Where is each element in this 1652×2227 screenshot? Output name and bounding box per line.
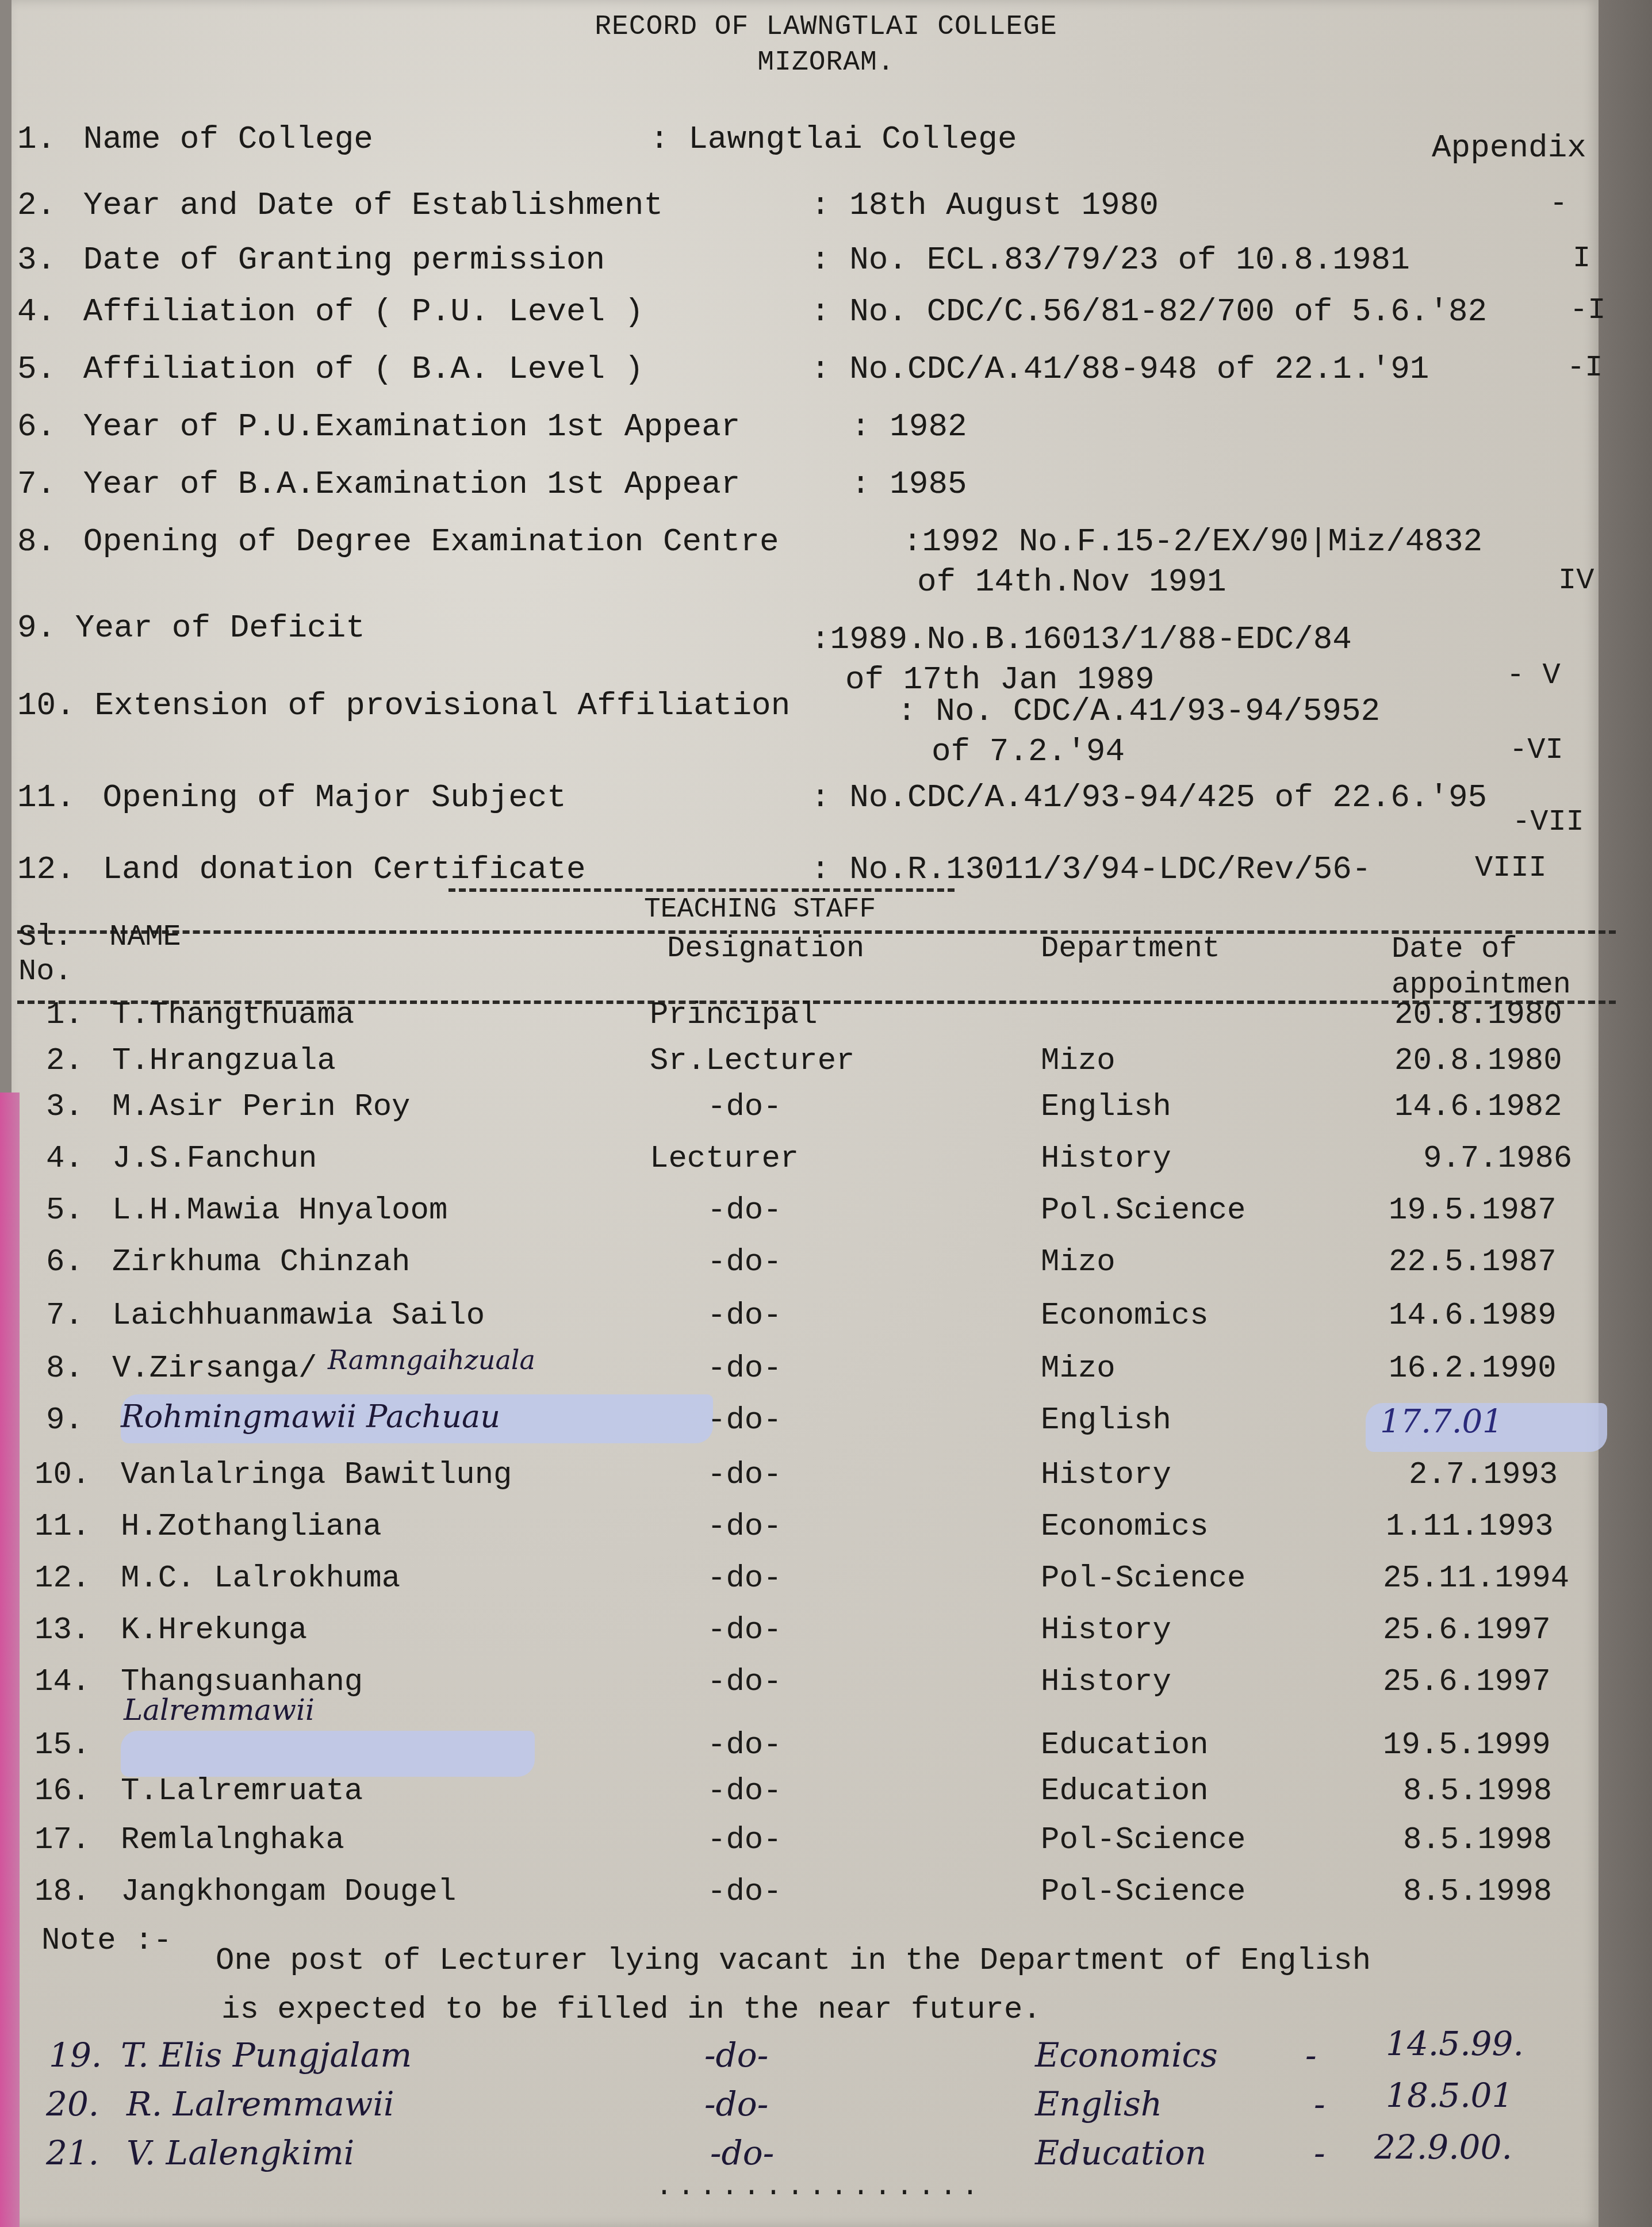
staff-name: V. Lalengkimi <box>127 2133 354 2172</box>
handwritten-row: 19. T. Elis Pungjalam -do- Economics - 1… <box>0 2036 1652 2082</box>
note-text: One post of Lecturer lying vacant in the… <box>216 1944 1371 1979</box>
record-number: 6. <box>17 408 56 445</box>
staff-name: Zirkhuma Chinzah <box>112 1245 410 1280</box>
staff-designation: -do- <box>707 1774 782 1809</box>
appendix-ref: IV <box>1558 564 1594 597</box>
appointment-date: 20.8.1980 <box>1394 1044 1562 1079</box>
record-value: : 1985 <box>851 466 967 503</box>
record-item: 8. Opening of Degree Examination Centre … <box>17 523 779 560</box>
record-value: : 18th August 1980 <box>811 187 1159 224</box>
table-row: 3. M.Asir Perin Roy -do- English 14.6.19… <box>0 1090 1652 1136</box>
staff-designation: -do- <box>707 1728 782 1763</box>
staff-department: Mizo <box>1041 1351 1116 1386</box>
staff-designation: -do- <box>707 1561 782 1596</box>
row-number: 9. <box>46 1403 83 1438</box>
table-row: 10. Vanlalringa Bawitlung -do- History 2… <box>0 1458 1652 1504</box>
record-label: Year of P.U.Examination 1st Appear <box>83 408 741 445</box>
record-label: Opening of Major Subject <box>102 779 566 816</box>
staff-designation: -do- <box>707 1403 782 1438</box>
staff-name: Jangkhongam Dougel <box>121 1875 456 1910</box>
staff-department: Education <box>1035 2133 1206 2172</box>
table-row: 1. T.Thangthuama Principal 20.8.1980 <box>0 998 1652 1044</box>
record-value-cont: of 14th.Nov 1991 <box>917 564 1226 600</box>
row-number: 6. <box>46 1245 83 1280</box>
record-value: : No.R.13011/3/94-LDC/Rev/56- <box>811 851 1371 888</box>
staff-department: English <box>1035 2084 1162 2123</box>
record-label: Land donation Certificate <box>102 851 585 888</box>
record-number: 4. <box>17 293 56 330</box>
note-text: is expected to be filled in the near fut… <box>221 1992 1041 2027</box>
appointment-date: 14.6.1982 <box>1394 1090 1562 1125</box>
staff-department: Pol.Science <box>1041 1193 1245 1228</box>
staff-designation: -do- <box>707 1090 782 1125</box>
table-row: 7. Laichhuanmawia Sailo -do- Economics 1… <box>0 1298 1652 1344</box>
row-number: 3. <box>46 1090 83 1125</box>
table-row: 6. Zirkhuma Chinzah -do- Mizo 22.5.1987 <box>0 1245 1652 1291</box>
appointment-date: 2.7.1993 <box>1409 1458 1558 1493</box>
row-number: 11. <box>35 1509 90 1544</box>
staff-department: English <box>1041 1403 1171 1438</box>
record-item: 7. Year of B.A.Examination 1st Appear : … <box>17 466 740 503</box>
row-number: 5. <box>46 1193 83 1228</box>
staff-designation: -do- <box>707 1665 782 1700</box>
record-label: Affiliation of ( B.A. Level ) <box>83 351 644 388</box>
column-header-sl-no: Sl. No. <box>18 920 87 989</box>
record-item: 12. Land donation Certificate : No.R.130… <box>17 851 586 888</box>
staff-designation: -do- <box>704 2084 768 2123</box>
record-item: 6. Year of P.U.Examination 1st Appear : … <box>17 408 740 445</box>
record-number: 2. <box>17 187 56 224</box>
record-label: Opening of Degree Examination Centre <box>83 523 779 560</box>
staff-department: Economics <box>1041 1509 1209 1544</box>
record-number: 1. <box>17 121 56 158</box>
staff-designation: -do- <box>707 1245 782 1280</box>
separator: - <box>1314 2084 1325 2123</box>
staff-name: Vanlalringa Bawitlung <box>121 1458 512 1493</box>
note-label: Note :- <box>41 1923 172 1958</box>
appointment-date: 25.6.1997 <box>1383 1665 1551 1700</box>
record-number: 11. <box>17 779 75 816</box>
record-number: 7. <box>17 466 56 503</box>
record-value: : No. CDC/C.56/81-82/700 of 5.6.'82 <box>811 293 1487 330</box>
appointment-date: 14.6.1989 <box>1389 1298 1557 1333</box>
record-label: Year and Date of Establishment <box>83 187 663 224</box>
separator: - <box>1314 2133 1325 2172</box>
staff-department: Pol-Science <box>1041 1875 1245 1910</box>
staff-name: K.Hrekunga <box>121 1613 307 1648</box>
document-title: RECORD OF LAWNGTLAI COLLEGE <box>0 12 1652 43</box>
staff-name-handwritten: Lalremmawii <box>124 1693 315 1727</box>
record-number: 9. <box>17 610 56 646</box>
separator: - <box>1305 2036 1317 2075</box>
staff-department: Pol-Science <box>1041 1561 1245 1596</box>
table-row: 2. T.Hrangzuala Sr.Lecturer Mizo 20.8.19… <box>0 1044 1652 1090</box>
record-value: : No. ECL.83/79/23 of 10.8.1981 <box>811 242 1410 278</box>
record-item: 10. Extension of provisional Affiliation… <box>17 687 790 724</box>
appointment-date-handwritten: 17.7.01 <box>1380 1403 1503 1440</box>
record-number: 10. <box>17 687 75 724</box>
record-label: Affiliation of ( P.U. Level ) <box>83 293 644 330</box>
document-subtitle: MIZORAM. <box>0 47 1652 78</box>
row-number: 14. <box>35 1665 90 1700</box>
divider <box>449 888 955 892</box>
staff-name: L.H.Mawia Hnyaloom <box>112 1193 447 1228</box>
record-label: Extension of provisional Affiliation <box>94 687 790 724</box>
appendix-header: Appendix <box>1432 129 1586 166</box>
appointment-date: 16.2.1990 <box>1389 1351 1557 1386</box>
staff-name: T.Thangthuama <box>112 998 354 1033</box>
staff-department: History <box>1041 1665 1171 1700</box>
record-value: :1989.No.B.16013/1/88-EDC/84 <box>811 621 1352 658</box>
column-header-department: Department <box>1041 932 1220 965</box>
record-value: : Lawngtlai College <box>650 121 1017 158</box>
row-number: 18. <box>35 1875 90 1910</box>
record-number: 8. <box>17 523 56 560</box>
staff-name-handwritten: Ramngaihzuala <box>328 1344 535 1375</box>
table-row: 9. Rohmingmawii Pachuau -do- English 17.… <box>0 1403 1652 1449</box>
appointment-date: 9.7.1986 <box>1423 1141 1572 1176</box>
handwritten-row: 20. R. Lalremmawii -do- English - 18.5.0… <box>0 2084 1652 2130</box>
staff-department: Mizo <box>1041 1044 1116 1079</box>
record-value: : 1982 <box>851 408 967 445</box>
staff-department: Education <box>1041 1728 1209 1763</box>
staff-designation: -do- <box>707 1458 782 1493</box>
staff-department: History <box>1041 1613 1171 1648</box>
appendix-ref: - V <box>1507 658 1561 692</box>
staff-name: H.Zothangliana <box>121 1509 382 1544</box>
row-number: 15. <box>35 1728 90 1763</box>
appointment-date: 20.8.1980 <box>1394 998 1562 1033</box>
row-number: 16. <box>35 1774 90 1809</box>
row-number: 2. <box>46 1044 83 1079</box>
appointment-date: 25.11.1994 <box>1383 1561 1569 1596</box>
appointment-date: 25.6.1997 <box>1383 1613 1551 1648</box>
row-number: 17. <box>35 1823 90 1858</box>
dotted-end-line: ............... <box>656 2171 983 2203</box>
row-number: 8. <box>46 1351 83 1386</box>
table-row: 4. J.S.Fanchun Lecturer History 9.7.1986 <box>0 1141 1652 1187</box>
staff-department: Education <box>1041 1774 1209 1809</box>
record-label: Name of College <box>83 121 373 158</box>
appointment-date: 14.5.99. <box>1386 2024 1524 2063</box>
staff-designation: -do- <box>710 2133 774 2172</box>
staff-department: Mizo <box>1041 1245 1116 1280</box>
staff-designation: -do- <box>707 1298 782 1333</box>
record-number: 5. <box>17 351 56 388</box>
appointment-date: 8.5.1998 <box>1403 1823 1552 1858</box>
row-number: 13. <box>35 1613 90 1648</box>
appendix-ref: - <box>1550 187 1567 221</box>
staff-department: Economics <box>1035 2036 1218 2075</box>
staff-designation: -do- <box>707 1823 782 1858</box>
appendix-ref: VIII <box>1475 851 1547 885</box>
staff-name: T.Lalremruata <box>121 1774 363 1809</box>
staff-designation: -do- <box>707 1351 782 1386</box>
staff-name: Remlalnghaka <box>121 1823 344 1858</box>
appendix-ref: -VII <box>1512 805 1584 839</box>
row-number: 20. <box>46 2084 99 2123</box>
table-row: 8. V.Zirsanga/ Ramngaihzuala -do- Mizo 1… <box>0 1351 1652 1397</box>
staff-name: M.Asir Perin Roy <box>112 1090 410 1125</box>
record-value: : No.CDC/A.41/93-94/425 of 22.6.'95 <box>811 779 1487 816</box>
appointment-date: 22.5.1987 <box>1389 1245 1557 1280</box>
record-value-cont: of 7.2.'94 <box>932 733 1125 770</box>
staff-name: Laichhuanmawia Sailo <box>112 1298 485 1333</box>
appointment-date: 19.5.1999 <box>1383 1728 1551 1763</box>
record-label: Date of Granting permission <box>83 242 605 278</box>
record-item: 2. Year and Date of Establishment : 18th… <box>17 187 663 224</box>
record-label: Year of B.A.Examination 1st Appear <box>83 466 741 503</box>
appointment-date: 19.5.1987 <box>1389 1193 1557 1228</box>
record-item: 3. Date of Granting permission : No. ECL… <box>17 242 605 278</box>
row-number: 4. <box>46 1141 83 1176</box>
staff-department: Pol-Science <box>1041 1823 1245 1858</box>
staff-department: Economics <box>1041 1298 1209 1333</box>
table-row: 11. H.Zothangliana -do- Economics 1.11.1… <box>0 1509 1652 1555</box>
appendix-ref: -I <box>1570 293 1605 327</box>
staff-designation: Lecturer <box>650 1141 799 1176</box>
table-row: 17. Remlalnghaka -do- Pol-Science 8.5.19… <box>0 1823 1652 1869</box>
table-row: 18. Jangkhongam Dougel -do- Pol-Science … <box>0 1875 1652 1921</box>
row-number: 19. <box>49 2036 102 2075</box>
appendix-ref: -VI <box>1509 733 1563 767</box>
record-value: : No.CDC/A.41/88-948 of 22.1.'91 <box>811 351 1429 388</box>
table-row: 16. T.Lalremruata -do- Education 8.5.199… <box>0 1774 1652 1820</box>
staff-designation: Sr.Lecturer <box>650 1044 854 1079</box>
appointment-date: 8.5.1998 <box>1403 1875 1552 1910</box>
row-number: 1. <box>46 998 83 1033</box>
staff-department: English <box>1041 1090 1171 1125</box>
appointment-date: 18.5.01 <box>1386 2076 1513 2115</box>
row-number: 12. <box>35 1561 90 1596</box>
staff-name: T. Elis Pungjalam <box>121 2036 412 2075</box>
staff-name: T.Hrangzuala <box>112 1044 336 1079</box>
appointment-date: 1.11.1993 <box>1386 1509 1554 1544</box>
appointment-date: 22.9.00. <box>1374 2128 1512 2167</box>
record-number: 12. <box>17 851 75 888</box>
record-value: : No. CDC/A.41/93-94/5952 <box>897 693 1380 730</box>
appendix-ref: -I <box>1567 351 1603 385</box>
row-number: 21. <box>46 2133 99 2172</box>
record-item: 1. Name of College : Lawngtlai College <box>17 121 373 158</box>
record-item: 4. Affiliation of ( P.U. Level ) : No. C… <box>17 293 643 330</box>
staff-name: M.C. Lalrokhuma <box>121 1561 400 1596</box>
record-label: Year of Deficit <box>75 610 365 646</box>
row-number: 10. <box>35 1458 90 1493</box>
table-row: 13. K.Hrekunga -do- History 25.6.1997 <box>0 1613 1652 1659</box>
appointment-date: 8.5.1998 <box>1403 1774 1552 1809</box>
record-item: 9. Year of Deficit :1989.No.B.16013/1/88… <box>17 610 365 646</box>
record-number: 3. <box>17 242 56 278</box>
column-header-name: NAME <box>109 920 181 954</box>
staff-designation: -do- <box>704 2036 768 2075</box>
column-header-date: Date of appointmen <box>1392 932 1576 1003</box>
staff-name-handwritten: Rohmingmawii Pachuau <box>121 1398 500 1435</box>
column-header-designation: Designation <box>667 932 864 965</box>
staff-designation: -do- <box>707 1193 782 1228</box>
staff-designation: -do- <box>707 1875 782 1910</box>
record-value: :1992 No.F.15-2/EX/90|Miz/4832 <box>903 523 1482 560</box>
staff-name: R. Lalremmawii <box>127 2084 394 2123</box>
staff-designation: -do- <box>707 1613 782 1648</box>
staff-department: History <box>1041 1141 1171 1176</box>
row-number: 7. <box>46 1298 83 1333</box>
staff-name: J.S.Fanchun <box>112 1141 317 1176</box>
record-item: 5. Affiliation of ( B.A. Level ) : No.CD… <box>17 351 643 388</box>
staff-designation: -do- <box>707 1509 782 1544</box>
staff-department: History <box>1041 1458 1171 1493</box>
appendix-ref: I <box>1573 242 1590 275</box>
staff-name: V.Zirsanga/ <box>112 1351 317 1386</box>
table-row: 12. M.C. Lalrokhuma -do- Pol-Science 25.… <box>0 1561 1652 1607</box>
section-title: TEACHING STAFF <box>644 894 876 925</box>
staff-designation: Principal <box>650 998 818 1033</box>
record-item: 11. Opening of Major Subject : No.CDC/A.… <box>17 779 566 816</box>
table-row: 15. Lalremmawii -do- Education 19.5.1999 <box>0 1716 1652 1762</box>
table-row: 5. L.H.Mawia Hnyaloom -do- Pol.Science 1… <box>0 1193 1652 1239</box>
